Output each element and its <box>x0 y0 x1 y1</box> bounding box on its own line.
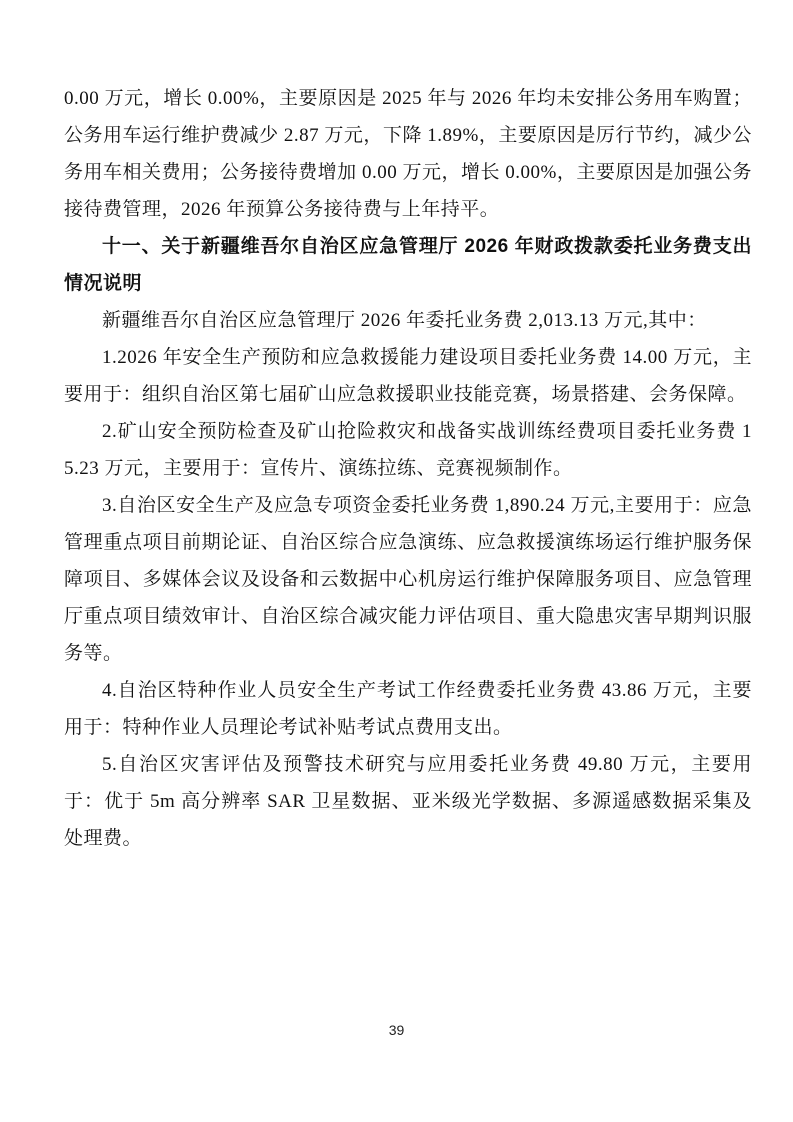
list-item-mine-safety-inspection: 2.矿山安全预防检查及矿山抢险救灾和战备实战训练经费项目委托业务费 15.23 … <box>64 413 752 487</box>
paragraph-official-vehicle-expense: 0.00 万元，增长 0.00%，主要原因是 2025 年与 2026 年均未安… <box>64 80 752 228</box>
document-page: 0.00 万元，增长 0.00%，主要原因是 2025 年与 2026 年均未安… <box>0 0 793 1122</box>
section-heading-entrusted-business-expense: 十一、关于新疆维吾尔自治区应急管理厅 2026 年财政拨款委托业务费支出情况说明 <box>64 228 752 302</box>
list-item-disaster-assessment: 5.自治区灾害评估及预警技术研究与应用委托业务费 49.80 万元，主要用于：优… <box>64 746 752 857</box>
list-item-special-fund: 3.自治区安全生产及应急专项资金委托业务费 1,890.24 万元,主要用于：应… <box>64 487 752 672</box>
list-item-safety-production-project: 1.2026 年安全生产预防和应急救援能力建设项目委托业务费 14.00 万元，… <box>64 339 752 413</box>
document-body: 0.00 万元，增长 0.00%，主要原因是 2025 年与 2026 年均未安… <box>64 80 752 857</box>
page-footer: 39 <box>0 1022 793 1040</box>
list-item-special-operations-exam: 4.自治区特种作业人员安全生产考试工作经费委托业务费 43.86 万元，主要用于… <box>64 672 752 746</box>
paragraph-total-entrusted-expense: 新疆维吾尔自治区应急管理厅 2026 年委托业务费 2,013.13 万元,其中… <box>64 302 752 339</box>
page-number: 39 <box>389 1022 405 1038</box>
